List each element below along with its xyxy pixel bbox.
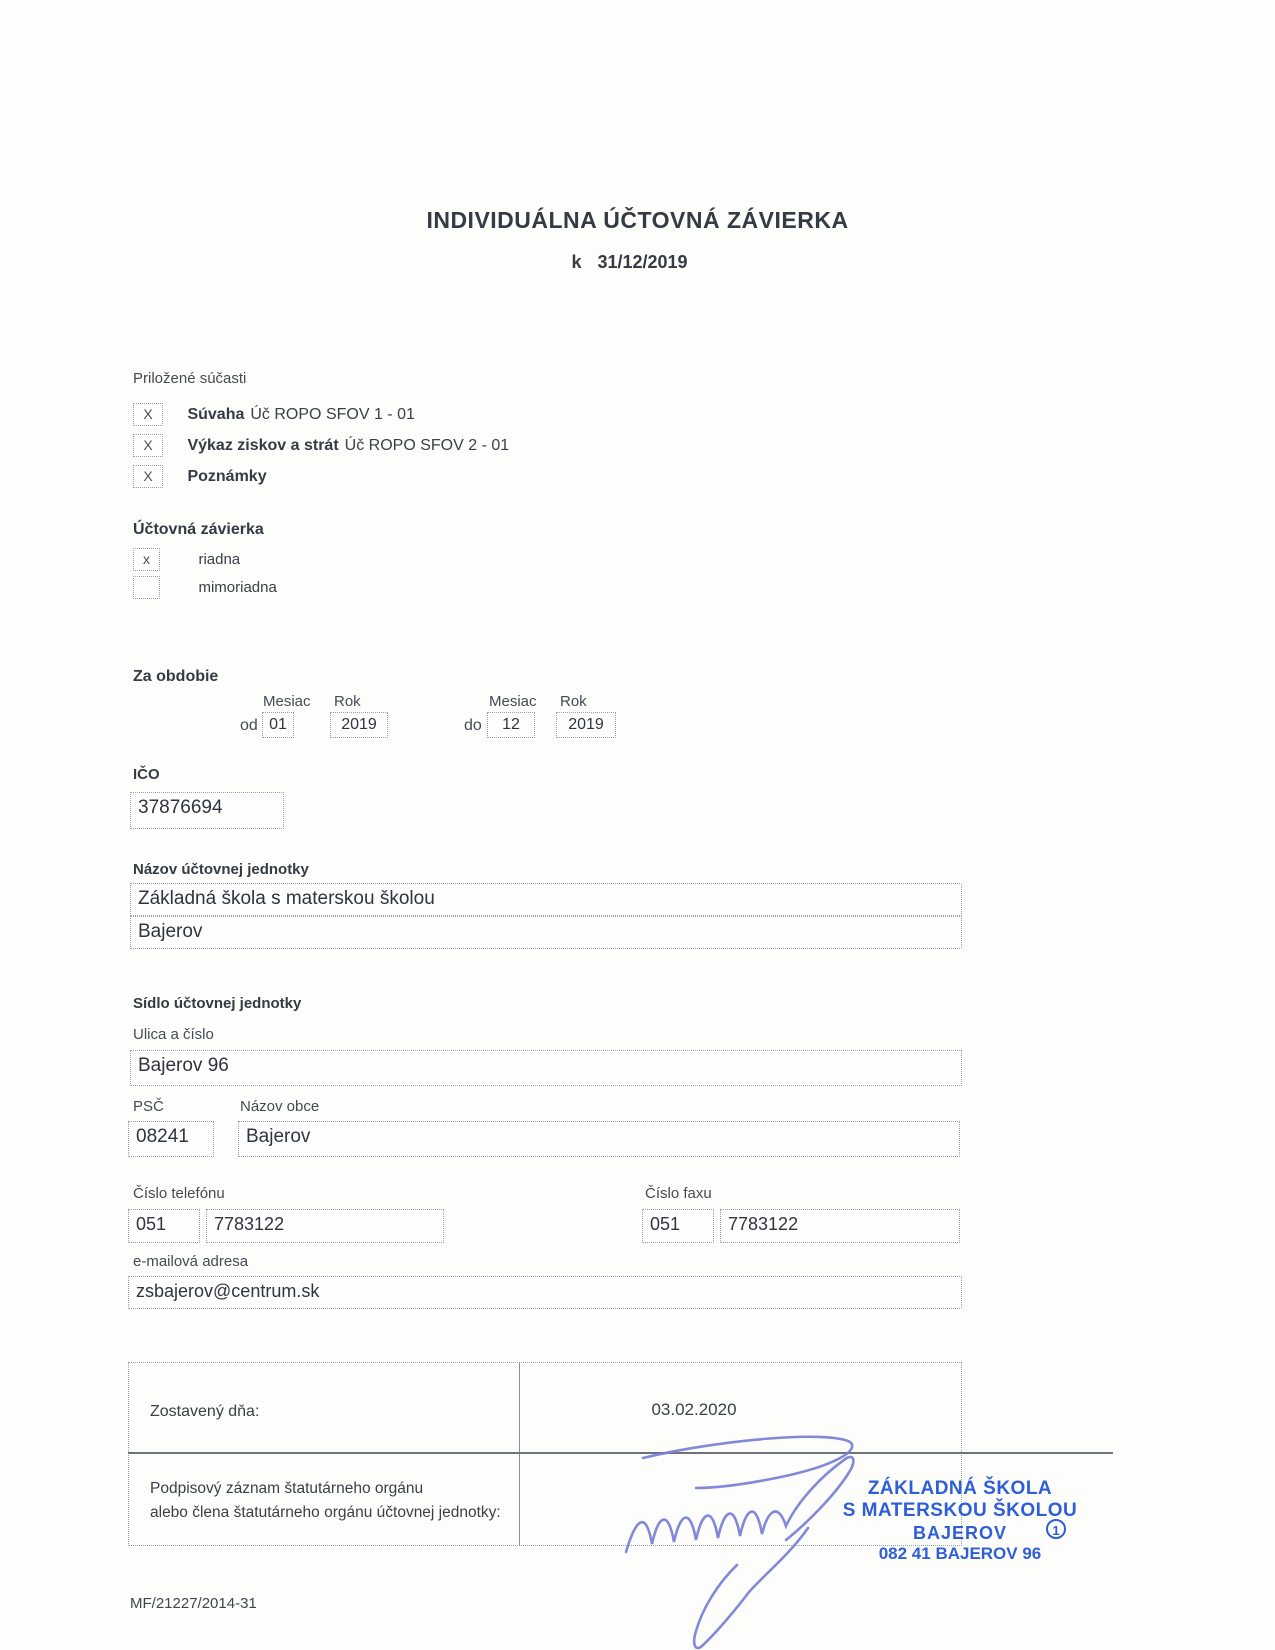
zip-label: PSČ — [133, 1098, 164, 1115]
page-subtitle: k31/12/2019 — [0, 252, 1267, 273]
closing-option-riadna: x riadna — [133, 548, 240, 571]
ico-field: 37876694 — [130, 792, 284, 829]
from-label: od — [240, 717, 258, 735]
year-label-from: Rok — [334, 693, 361, 710]
to-year-field: 2019 — [556, 712, 616, 738]
phone-label: Číslo telefónu — [133, 1185, 225, 1202]
stamp-line3: BAJEROV — [840, 1523, 1080, 1544]
phone-field: 7783122 — [206, 1209, 444, 1243]
from-month-field: 01 — [262, 712, 294, 738]
year-label-to: Rok — [560, 693, 587, 710]
zip-field: 08241 — [128, 1121, 214, 1157]
fax-field: 7783122 — [720, 1209, 960, 1243]
subtitle-prefix: k — [571, 252, 581, 272]
form-code: MF/21227/2014-31 — [130, 1595, 257, 1612]
phone-code-field: 051 — [128, 1209, 200, 1243]
attachment-row-poznamky: X Poznámky — [133, 465, 273, 488]
checkbox-vykaz: X — [133, 434, 163, 457]
attachment-label: Výkaz ziskov a strátÚč ROPO SFOV 2 - 01 — [187, 437, 509, 454]
checkbox-mark: x — [143, 551, 150, 567]
compiled-date-label: Zostavený dňa: — [150, 1403, 259, 1421]
school-stamp: ZÁKLADNÁ ŠKOLA S MATERSKOU ŠKOLOU BAJERO… — [840, 1478, 1080, 1564]
entity-name-line1-field: Základná škola s materskou školou — [130, 883, 962, 916]
checkbox-mark: X — [143, 406, 152, 422]
seat-heading: Sídlo účtovnej jednotky — [133, 995, 301, 1012]
stamp-line4: 082 41 BAJEROV 96 — [840, 1544, 1080, 1564]
page-title: INDIVIDUÁLNA ÚČTOVNÁ ZÁVIERKA — [0, 207, 1275, 234]
closing-type-heading: Účtovná závierka — [133, 521, 264, 539]
attachment-row-suvaha: X SúvahaÚč ROPO SFOV 1 - 01 — [133, 403, 415, 426]
signature-label-line1: Podpisový záznam štatutárneho orgánu — [150, 1480, 423, 1498]
scanned-form-page: INDIVIDUÁLNA ÚČTOVNÁ ZÁVIERKA k31/12/201… — [0, 0, 1275, 1650]
subtitle-date: 31/12/2019 — [597, 252, 687, 272]
period-heading: Za obdobie — [133, 668, 218, 686]
street-field: Bajerov 96 — [130, 1050, 962, 1086]
email-field: zsbajerov@centrum.sk — [128, 1276, 962, 1309]
checkbox-mark: X — [143, 437, 152, 453]
table-column-divider — [519, 1363, 520, 1545]
entity-name-label: Názov účtovnej jednotky — [133, 861, 309, 878]
entity-name-line2-field: Bajerov — [130, 916, 962, 949]
to-label: do — [464, 717, 482, 735]
stamp-badge: 1 — [1046, 1519, 1066, 1539]
option-label: mimoriadna — [198, 579, 276, 596]
closing-option-mimoriadna: mimoriadna — [133, 576, 277, 599]
checkbox-mark: X — [143, 468, 152, 484]
city-field: Bajerov — [238, 1121, 960, 1157]
from-year-field: 2019 — [330, 712, 388, 738]
checkbox-mimoriadna — [133, 576, 160, 599]
month-label-from: Mesiac — [263, 693, 311, 710]
checkbox-riadna: x — [133, 548, 160, 571]
attachment-label: Poznámky — [187, 468, 272, 485]
attachments-heading: Priložené súčasti — [133, 370, 246, 387]
street-label: Ulica a číslo — [133, 1026, 214, 1043]
city-label: Názov obce — [240, 1098, 319, 1115]
to-month-field: 12 — [487, 712, 535, 738]
fax-code-field: 051 — [642, 1209, 714, 1243]
signature-label-line2: alebo člena štatutárneho orgánu účtovnej… — [150, 1504, 501, 1522]
stamp-line2: S MATERSKOU ŠKOLOU — [840, 1500, 1080, 1522]
stamp-line1: ZÁKLADNÁ ŠKOLA — [840, 1478, 1080, 1500]
attachment-label: SúvahaÚč ROPO SFOV 1 - 01 — [187, 406, 414, 423]
month-label-to: Mesiac — [489, 693, 537, 710]
checkbox-poznamky: X — [133, 465, 163, 488]
option-label: riadna — [198, 551, 240, 568]
ico-label: IČO — [133, 766, 160, 783]
attachment-row-vykaz: X Výkaz ziskov a strátÚč ROPO SFOV 2 - 0… — [133, 434, 509, 457]
fax-label: Číslo faxu — [645, 1185, 712, 1202]
checkbox-suvaha: X — [133, 403, 163, 426]
email-label: e-mailová adresa — [133, 1253, 248, 1270]
